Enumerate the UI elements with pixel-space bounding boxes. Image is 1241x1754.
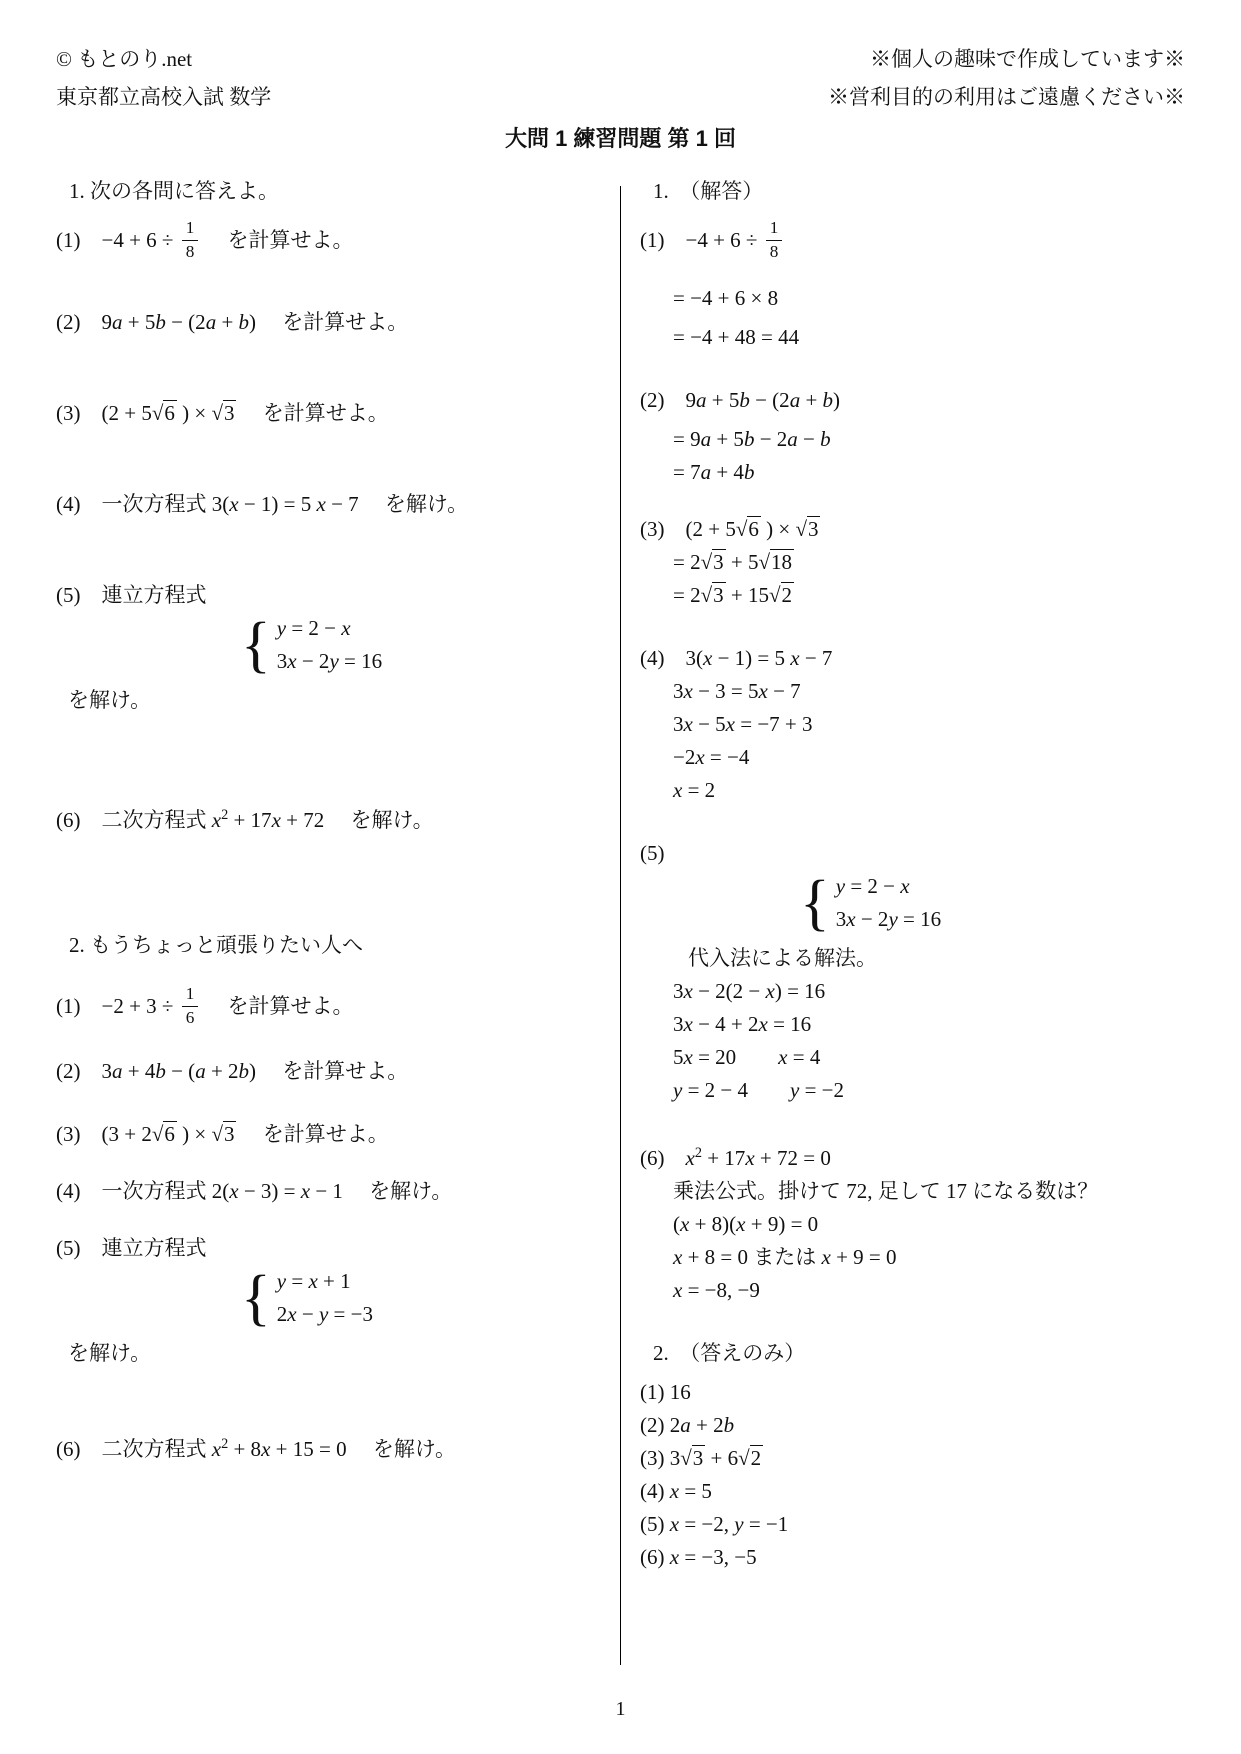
equation: y = x + 1 <box>277 1265 373 1298</box>
math-line: (2) 9a + 5b − (2a + b) を計算せよ。 <box>56 306 566 339</box>
square-root: √3 <box>701 582 726 607</box>
math-line: (2) 3a + 4b − (a + 2b) を計算せよ。 <box>56 1055 566 1088</box>
square-root: √18 <box>758 549 794 574</box>
math-line: (4) x = 5 <box>640 1475 1200 1508</box>
math-line: 3x − 3 = 5x − 7 <box>640 675 1200 708</box>
math-line: (1) −4 + 6 ÷ 18 <box>640 220 1200 264</box>
equation: y = 2 − x <box>836 870 941 903</box>
math-line: (5) x = −2, y = −1 <box>640 1508 1200 1541</box>
math-line: x + 8 = 0 または x + 9 = 0 <box>640 1241 1200 1274</box>
square-root: √2 <box>769 582 794 607</box>
math-line: (2) 2a + 2b <box>640 1409 1200 1442</box>
square-root: √3 <box>701 549 726 574</box>
math-line: (6) 二次方程式 x2 + 17x + 72 を解け。 <box>56 799 566 837</box>
math-line: (4) 一次方程式 2(x − 3) = x − 1 を解け。 <box>56 1175 566 1208</box>
problems-column: 1. 次の各問に答えよ。(1) −4 + 6 ÷ 18 を計算せよ。(2) 9a… <box>56 175 566 1466</box>
math-line: (5) 連立方程式 <box>56 579 566 612</box>
square-root: √2 <box>738 1445 763 1470</box>
exponent: 2 <box>221 807 228 823</box>
worksheet-page: © もとのり.net 東京都立高校入試 数学 ※個人の趣味で作成しています※ ※… <box>0 0 1241 1754</box>
section-heading: 1. （解答） <box>640 175 1200 208</box>
copyright: © もとのり.net <box>56 40 271 78</box>
math-line: = −4 + 6 × 8 <box>640 282 1200 315</box>
fraction: 18 <box>182 218 199 262</box>
math-line: = 2√3 + 15√2 <box>640 579 1200 612</box>
equation-system: {y = x + 12x − y = −3 <box>241 1265 373 1331</box>
math-line: 代入法による解法。 <box>640 942 1200 975</box>
math-line: (x + 8)(x + 9) = 0 <box>640 1208 1200 1241</box>
note-commercial: ※営利目的の利用はご遠慮ください※ <box>828 78 1185 116</box>
math-line: y = 2 − 4 y = −2 <box>640 1074 1200 1107</box>
square-root: √3 <box>795 516 820 541</box>
math-line: 3x − 2(2 − x) = 16 <box>640 975 1200 1008</box>
column-divider <box>620 186 621 1665</box>
fraction: 16 <box>182 984 199 1028</box>
math-line: x = −8, −9 <box>640 1274 1200 1307</box>
math-line: (1) −4 + 6 ÷ 18 を計算せよ。 <box>56 220 566 264</box>
math-line: (4) 3(x − 1) = 5 x − 7 <box>640 642 1200 675</box>
subject: 東京都立高校入試 数学 <box>56 78 271 116</box>
math-line: を解け。 <box>56 1337 566 1370</box>
system-equations: y = 2 − x3x − 2y = 16 <box>836 870 941 936</box>
square-root: √3 <box>211 1121 236 1146</box>
page-title: 大問 1 練習問題 第 1 回 <box>0 122 1241 153</box>
square-root: √6 <box>152 1121 177 1146</box>
math-line: −2x = −4 <box>640 741 1200 774</box>
math-line: x = 2 <box>640 774 1200 807</box>
section-heading: 1. 次の各問に答えよ。 <box>56 175 566 208</box>
math-line: (5) <box>640 837 1200 870</box>
system-equations: y = x + 12x − y = −3 <box>277 1265 373 1331</box>
header-left: © もとのり.net 東京都立高校入試 数学 <box>56 40 271 116</box>
exponent: 2 <box>221 1436 228 1452</box>
math-line: (6) 二次方程式 x2 + 8x + 15 = 0 を解け。 <box>56 1428 566 1466</box>
math-line: = 7a + 4b <box>640 456 1200 489</box>
math-line: (3) (2 + 5√6 ) × √3 を計算せよ。 <box>56 397 566 430</box>
math-line: (4) 一次方程式 3(x − 1) = 5 x − 7 を解け。 <box>56 488 566 521</box>
equation: y = 2 − x <box>277 612 382 645</box>
math-line: を解け。 <box>56 684 566 717</box>
math-line: (5) 連立方程式 <box>56 1232 566 1265</box>
math-line: (3) (2 + 5√6 ) × √3 <box>640 513 1200 546</box>
square-root: √3 <box>211 400 236 425</box>
system-brace: { <box>800 872 830 934</box>
equation: 3x − 2y = 16 <box>836 903 941 936</box>
system-equations: y = 2 − x3x − 2y = 16 <box>277 612 382 678</box>
solutions-column: 1. （解答）(1) −4 + 6 ÷ 18= −4 + 6 × 8= −4 +… <box>640 175 1200 1574</box>
math-line: (1) 16 <box>640 1376 1200 1409</box>
math-line: (3) 3√3 + 6√2 <box>640 1442 1200 1475</box>
math-line: = 9a + 5b − 2a − b <box>640 423 1200 456</box>
header-right: ※個人の趣味で作成しています※ ※営利目的の利用はご遠慮ください※ <box>828 40 1185 116</box>
math-line: (2) 9a + 5b − (2a + b) <box>640 384 1200 417</box>
exponent: 2 <box>695 1145 702 1161</box>
math-line: (6) x = −3, −5 <box>640 1541 1200 1574</box>
page-number: 1 <box>0 1698 1241 1721</box>
square-root: √3 <box>680 1445 705 1470</box>
math-line: 5x = 20 x = 4 <box>640 1041 1200 1074</box>
equation: 3x − 2y = 16 <box>277 645 382 678</box>
note-personal: ※個人の趣味で作成しています※ <box>828 40 1185 78</box>
math-line: 3x − 4 + 2x = 16 <box>640 1008 1200 1041</box>
system-brace: { <box>241 614 271 676</box>
math-line: = −4 + 48 = 44 <box>640 321 1200 354</box>
equation-system: {y = 2 − x3x − 2y = 16 <box>241 612 382 678</box>
math-line: 乗法公式。掛けて 72, 足して 17 になる数は？ <box>640 1175 1200 1208</box>
square-root: √6 <box>736 516 761 541</box>
fraction: 18 <box>766 218 783 262</box>
square-root: √6 <box>152 400 177 425</box>
section-heading: 2. もうちょっと頑張りたい人へ <box>56 929 566 962</box>
math-line: (1) −2 + 3 ÷ 16 を計算せよ。 <box>56 986 566 1030</box>
math-line: (6) x2 + 17x + 72 = 0 <box>640 1137 1200 1175</box>
math-line: 3x − 5x = −7 + 3 <box>640 708 1200 741</box>
equation: 2x − y = −3 <box>277 1298 373 1331</box>
system-brace: { <box>241 1267 271 1329</box>
equation-system: {y = 2 − x3x − 2y = 16 <box>800 870 941 936</box>
math-line: = 2√3 + 5√18 <box>640 546 1200 579</box>
math-line: (3) (3 + 2√6 ) × √3 を計算せよ。 <box>56 1118 566 1151</box>
section-heading: 2. （答えのみ） <box>640 1337 1200 1370</box>
